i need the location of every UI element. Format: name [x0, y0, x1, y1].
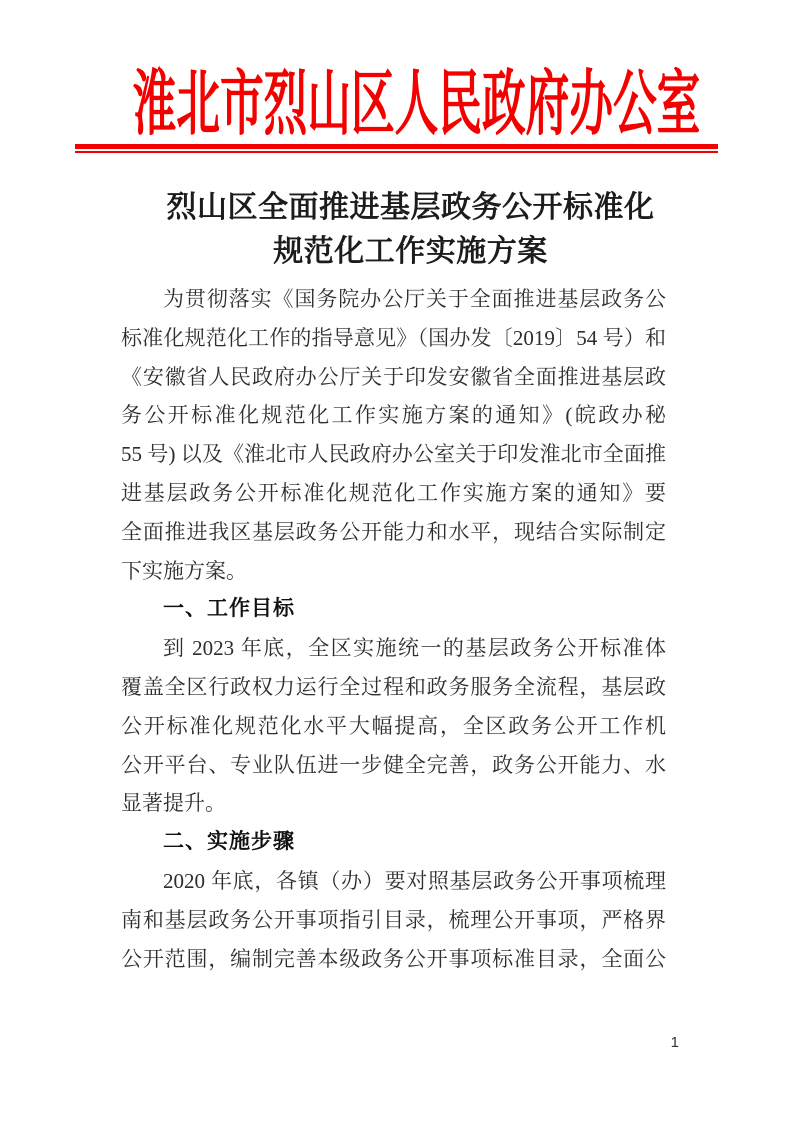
text-line: 进基层政务公开标准化规范化工作实施方案的通知》要求， — [121, 474, 666, 513]
letterhead-rule — [75, 144, 718, 153]
text-line: 2020 年底，各镇（办）要对照基层政务公开事项梳理指 — [121, 862, 666, 901]
paragraph: 为贯彻落实《国务院办公厅关于全面推进基层政务公开标准化规范化工作的指导意见》（国… — [121, 280, 666, 590]
text-line: 《安徽省人民政府办公厅关于印发安徽省全面推进基层政 — [121, 358, 666, 397]
section-heading: 二、实施步骤 — [121, 823, 666, 862]
paragraph: 到 2023 年底，全区实施统一的基层政务公开标准体系，覆盖全区行政权力运行全过… — [121, 629, 666, 823]
text-line: 公开范围，编制完善本级政务公开事项标准目录，全面公开 — [121, 940, 666, 979]
document-title: 烈山区全面推进基层政务公开标准化 规范化工作实施方案 — [0, 186, 793, 274]
section-heading: 一、工作目标 — [121, 590, 666, 629]
letterhead: 淮北市烈山区人民政府办公室 — [0, 58, 793, 144]
text-line: 覆盖全区行政权力运行全过程和政务服务全流程，基层政务 — [121, 668, 666, 707]
paragraph: 2020 年底，各镇（办）要对照基层政务公开事项梳理指南和基层政务公开事项指引目… — [121, 862, 666, 978]
document-page: 淮北市烈山区人民政府办公室 烈山区全面推进基层政务公开标准化 规范化工作实施方案… — [0, 0, 793, 1122]
text-line: 55 号) 以及《淮北市人民政府办公室关于印发淮北市全面推 — [121, 435, 666, 474]
letterhead-rule-thin — [75, 151, 718, 153]
text-line: 南和基层政务公开事项指引目录，梳理公开事项，严格界定 — [121, 901, 666, 940]
text-line: 显著提升。 — [121, 784, 666, 823]
text-line: 公开平台、专业队伍进一步健全完善，政务公开能力、水平 — [121, 746, 666, 785]
text-line: 标准化规范化工作的指导意见》（国办发〔2019〕54 号）和 — [121, 319, 666, 358]
text-line: 到 2023 年底，全区实施统一的基层政务公开标准体系， — [121, 629, 666, 668]
document-body: 为贯彻落实《国务院办公厅关于全面推进基层政务公开标准化规范化工作的指导意见》（国… — [121, 280, 666, 978]
document-title-line-2: 规范化工作实施方案 — [28, 230, 793, 274]
text-line: 务公开标准化规范化工作实施方案的通知》(皖政办秘〔2020〕 — [121, 396, 666, 435]
page-number: 1 — [671, 1034, 679, 1051]
letterhead-org-name: 淮北市烈山区人民政府办公室 — [133, 66, 701, 144]
text-line: 为贯彻落实《国务院办公厅关于全面推进基层政务公开 — [121, 280, 666, 319]
text-line: 下实施方案。 — [121, 552, 666, 591]
text-line: 公开标准化规范化水平大幅提高，全区政务公开工作机制、 — [121, 707, 666, 746]
document-title-line-1: 烈山区全面推进基层政务公开标准化 — [28, 186, 793, 230]
text-line: 全面推进我区基层政务公开能力和水平，现结合实际制定以 — [121, 513, 666, 552]
